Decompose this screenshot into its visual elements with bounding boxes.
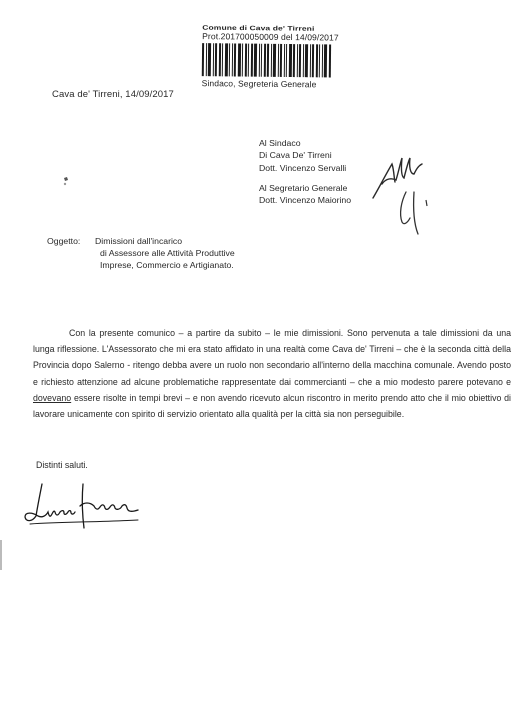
ink-smudge-icon: [62, 176, 70, 186]
scan-edge-mark: [0, 540, 2, 570]
subject-line: Dimissioni dall'incarico: [95, 236, 182, 246]
recipient-line: Dott. Vincenzo Maiorino: [259, 194, 351, 206]
body-underlined-word: dovevano: [33, 393, 71, 403]
place-date: Cava de' Tirreni, 14/09/2017: [52, 89, 174, 100]
barcode-icon: [202, 43, 370, 78]
recipient-line: Di Cava De' Tirreni: [259, 149, 351, 161]
closing: Distinti saluti.: [36, 460, 88, 470]
letter-body: Con la presente comunico – a partire da …: [33, 325, 511, 422]
recipient-line: Dott. Vincenzo Servalli: [259, 162, 351, 174]
body-text: essere risolte in tempi brevi – e non av…: [33, 393, 511, 419]
recipient-secretary: Al Segretario Generale Dott. Vincenzo Ma…: [259, 182, 351, 207]
subject-label: Oggetto:: [47, 235, 95, 247]
body-text: Con la presente comunico – a partire da …: [33, 328, 511, 387]
signature-icon: [20, 482, 160, 532]
recipient-mayor: Al Sindaco Di Cava De' Tirreni Dott. Vin…: [259, 137, 351, 174]
recipients: Al Sindaco Di Cava De' Tirreni Dott. Vin…: [259, 137, 351, 206]
protocol-stamp: Comune di Cava de' Tirreni Prot.20170005…: [202, 21, 373, 90]
stamp-protocol-number: Prot.201700050009 del 14/09/2017: [202, 31, 372, 43]
subject-line: di Assessore alle Attività Produttive: [47, 247, 235, 259]
scanned-letter-page: Comune di Cava de' Tirreni Prot.20170005…: [0, 0, 524, 720]
stamp-office: Sindaco, Segreteria Generale: [202, 78, 372, 90]
recipient-line: Al Sindaco: [259, 137, 351, 149]
recipient-line: Al Segretario Generale: [259, 182, 351, 194]
subject-line: Imprese, Commercio e Artigianato.: [47, 259, 235, 271]
handwritten-annotation-icon: [370, 148, 460, 248]
subject-block: Oggetto:Dimissioni dall'incarico di Asse…: [47, 235, 235, 271]
